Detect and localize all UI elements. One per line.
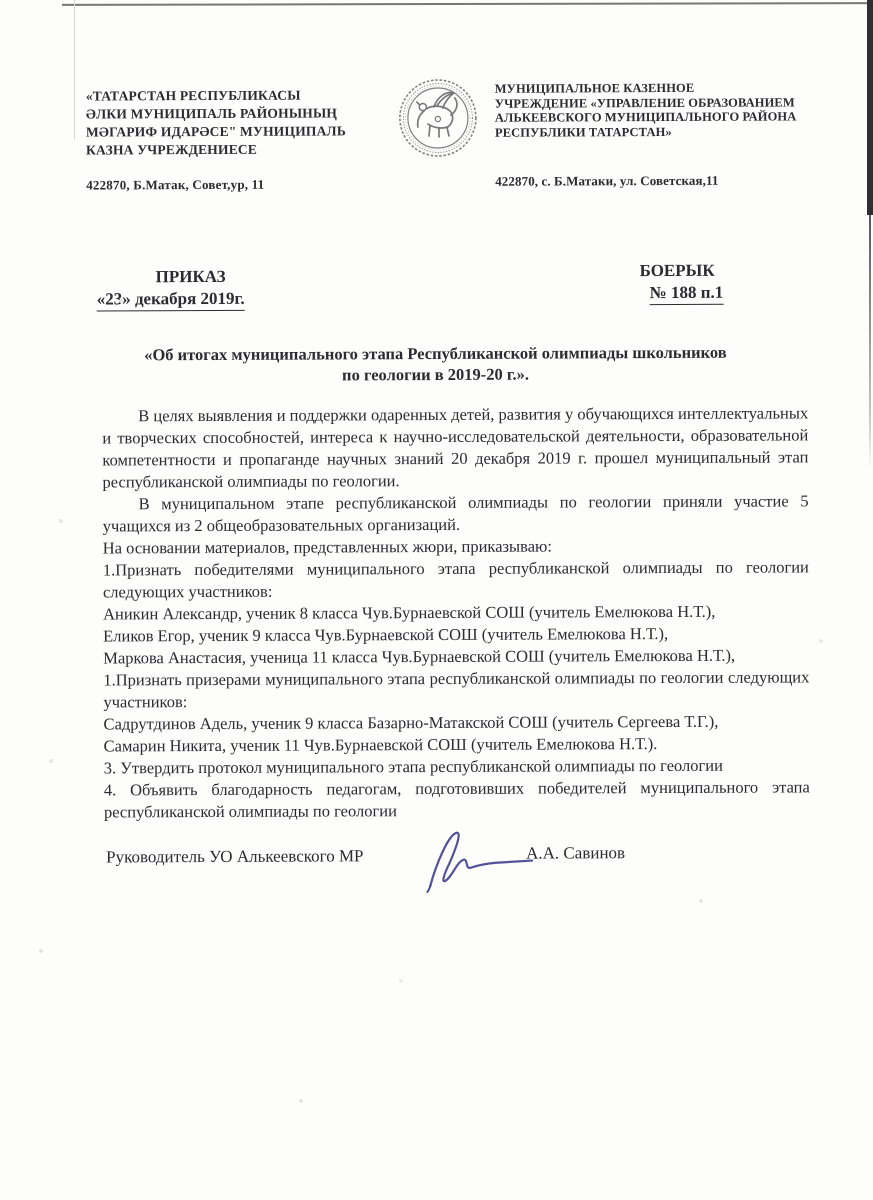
org-name-russian-line: АЛЬКЕЕВСКОГО МУНИЦИПАЛЬНОГО РАЙОНА [495,109,840,125]
signer-position: Руководитель УО Алькеевского МР [106,846,363,867]
org-address-russian: 422870, с. Б.Матаки, ул. Советская,11 [495,173,840,189]
order-type-tatar: БОЕРЫК [640,261,715,281]
letterhead-russian-block: МУНИЦИПАЛЬНОЕ КАЗЕННОЕ УЧРЕЖДЕНИЕ «УПРАВ… [495,80,840,189]
org-name-russian-line: УЧРЕЖДЕНИЕ «УПРАВЛЕНИЕ ОБРАЗОВАНИЕМ [495,95,840,111]
org-address-tatar: 422870, Б.Матак, Совет,ур, 11 [86,175,364,194]
document-title-line2: по геологии в 2019-20 г.». [59,362,812,386]
paragraph-preamble: В целях выявления и поддержки одаренных … [102,402,808,493]
order-type-russian: ПРИКАЗ [156,267,226,287]
paragraph-item-protocol: 3. Утвердить протокол муниципального эта… [104,754,810,779]
org-name-tatar-line: МӘГАРИФ ИДАРӘСЕ" МУНИЦИПАЛЬ [86,122,364,141]
document-title: «Об итогах муниципального этапа Республи… [59,341,812,386]
handwritten-signature [416,820,541,896]
paragraph-basis: На основании материалов, представленных … [103,534,809,559]
org-name-tatar-line: «ТАТАРСТАН РЕСПУБЛИКАСЫ [86,86,364,105]
signature-block: Руководитель УО Алькеевского МР А.А. Сав… [106,837,766,910]
prizewinner-entry: Самарин Никита, ученик 11 Чув.Бурнаевско… [104,732,810,757]
paragraph-participation: В муниципальном этапе республиканской ол… [103,490,809,537]
letterhead-tatar-block: «ТАТАРСТАН РЕСПУБЛИКАСЫ ӘЛКИ МУНИЦИПАЛЬ … [86,86,364,194]
winner-entry: Маркова Анастасия, ученица 11 класса Чув… [103,644,809,669]
paragraph-item-gratitude: 4. Объявить благодарность педагогам, под… [104,776,810,823]
scanned-order-page: «ТАТАРСТАН РЕСПУБЛИКАСЫ ӘЛКИ МУНИЦИПАЛЬ … [0,0,873,1200]
paragraph-item-prizewinners: 1.Признать призерами муниципального этап… [103,666,809,713]
order-date: «23» декабря 2019г. [97,289,245,312]
document-content: «ТАТАРСТАН РЕСПУБЛИКАСЫ ӘЛКИ МУНИЦИПАЛЬ … [0,0,873,1200]
winner-entry: Еликов Егор, ученик 9 класса Чув.Бурнаев… [103,622,809,647]
org-name-tatar-line: КАЗНА УЧРЕЖДЕНИЕСЕ [86,140,364,159]
document-title-line1: «Об итогах муниципального этапа Республи… [59,341,812,365]
tatarstan-emblem-seal-icon [396,74,480,162]
order-number: № 188 п.1 [650,283,724,305]
prizewinner-entry: Садрутдинов Адель, ученик 9 класса Базар… [103,710,809,735]
order-body: В целях выявления и поддержки одаренных … [102,402,810,823]
winner-entry: Аникин Александр, ученик 8 класса Чув.Бу… [103,600,809,625]
paragraph-item-winners: 1.Признать победителями муниципального э… [103,556,809,603]
org-name-russian-line: МУНИЦИПАЛЬНОЕ КАЗЕННОЕ [495,80,840,96]
org-name-tatar-line: ӘЛКИ МУНИЦИПАЛЬ РАЙОНЫНЫҢ [86,104,364,123]
org-name-russian-line: РЕСПУБЛИКИ ТАТАРСТАН» [495,124,840,140]
signer-name: А.А. Савинов [526,843,625,863]
